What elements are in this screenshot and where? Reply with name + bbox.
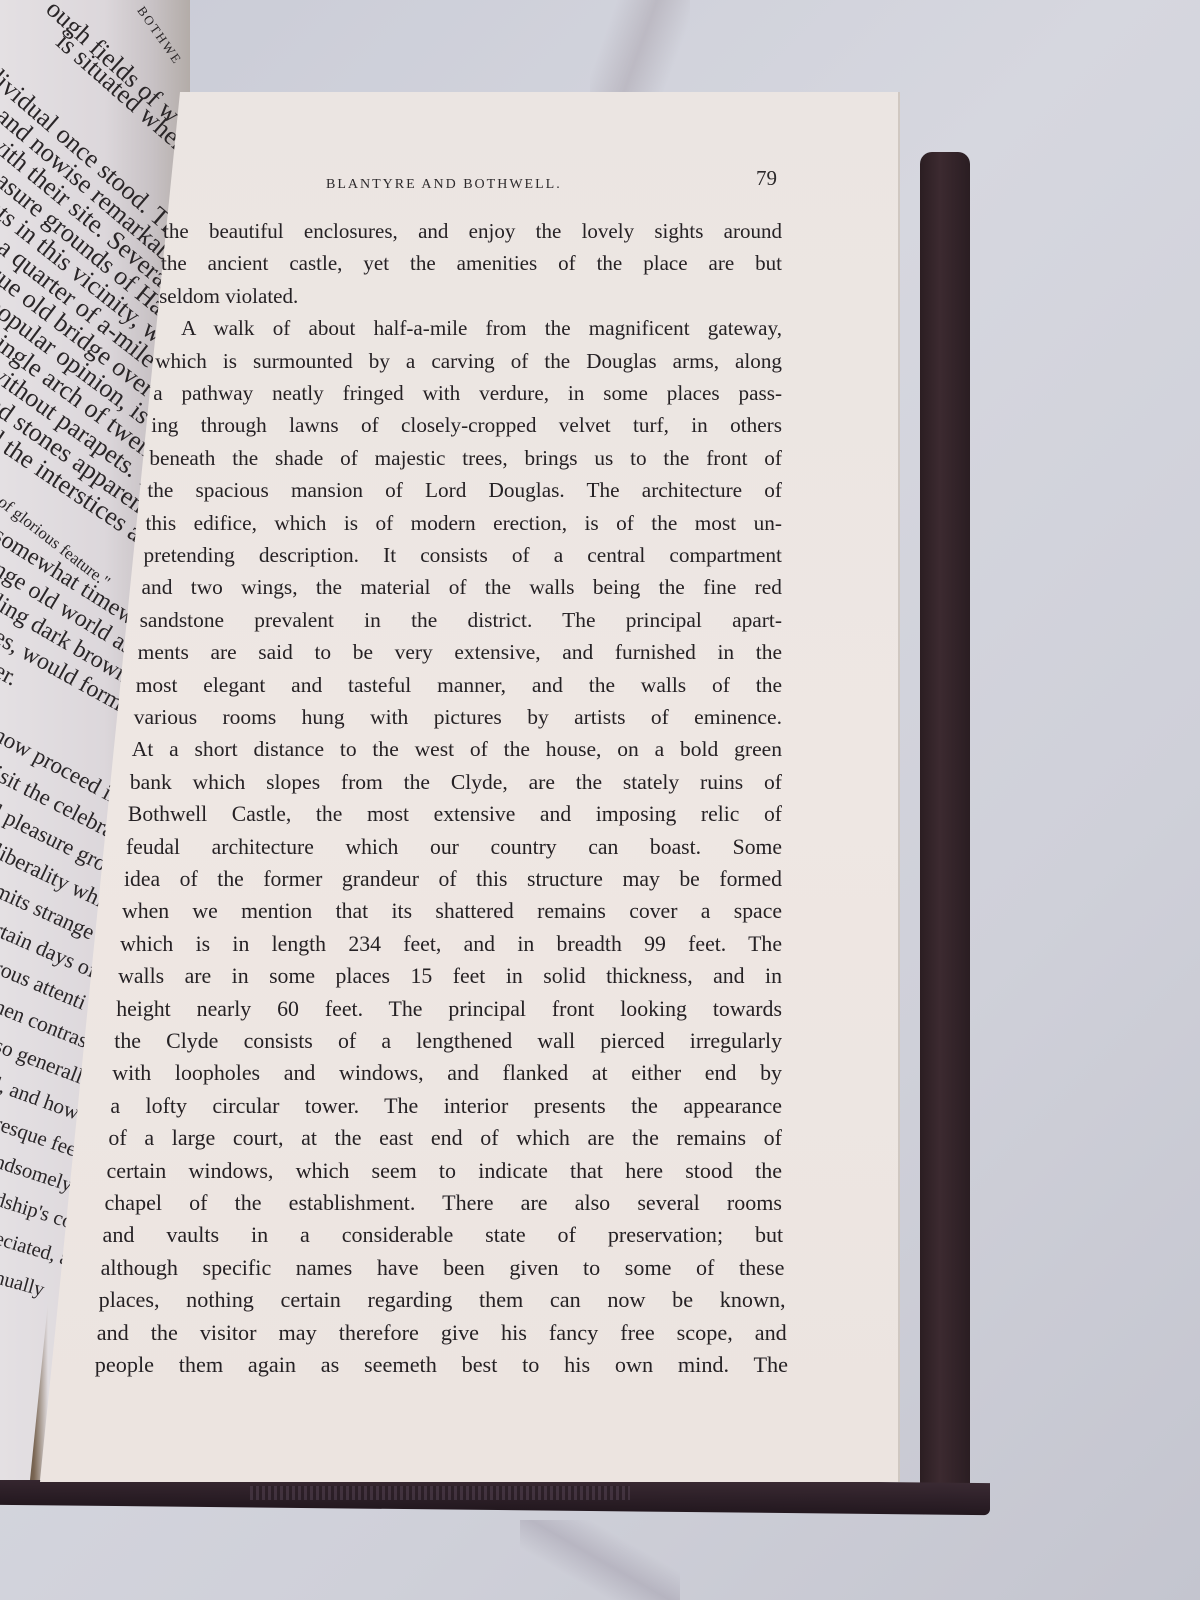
text-line: the beautiful enclosures, and enjoy the …: [163, 217, 782, 245]
text-line: the ancient castle, yet the amenities of…: [161, 249, 782, 277]
text-line: of a large court, at the east end of whi…: [108, 1124, 782, 1152]
text-line: and vaults in a considerable state of pr…: [103, 1221, 784, 1249]
text-line: places, nothing certain regarding them c…: [99, 1286, 786, 1314]
text-line: a lofty circular tower. The interior pre…: [110, 1092, 782, 1120]
text-line: feudal architecture which our country ca…: [126, 833, 782, 861]
text-line: At a short distance to the west of the h…: [132, 735, 782, 763]
page-number: 79: [756, 166, 777, 191]
text-line: although specific names have been given …: [101, 1254, 785, 1282]
text-line: Bothwell Castle, the most extensive and …: [128, 800, 782, 828]
text-line: and the visitor may therefore give his f…: [97, 1319, 787, 1347]
text-line: and two wings, the material of the walls…: [142, 573, 782, 601]
text-line: a pathway neatly fringed with verdure, i…: [153, 379, 782, 407]
text-line: with loopholes and windows, and flanked …: [112, 1059, 782, 1087]
table-surface-streak: [520, 1520, 680, 1600]
text-line: walls are in some places 15 feet in soli…: [118, 962, 782, 990]
text-line: A walk of about half-a-mile from the mag…: [157, 314, 782, 342]
text-line: this edifice, which is of modern erectio…: [145, 509, 782, 537]
text-line: the Clyde consists of a lengthened wall …: [114, 1027, 782, 1055]
text-line: beneath the shade of majestic trees, bri…: [149, 444, 782, 472]
left-page-text-fragment: nually: [0, 1266, 47, 1302]
book-spine-texture: [250, 1486, 630, 1500]
text-line: people them again as seemeth best to his…: [95, 1351, 788, 1379]
text-line: seldom violated.: [159, 282, 782, 310]
text-line: pretending description. It consists of a…: [144, 541, 783, 569]
text-line: certain windows, which seem to indicate …: [106, 1157, 782, 1185]
text-line: bank which slopes from the Clyde, are th…: [130, 768, 782, 796]
text-line: when we mention that its shattered remai…: [122, 897, 782, 925]
running-head: BLANTYRE AND BOTHWELL.: [326, 177, 562, 193]
text-line: most elegant and tasteful manner, and th…: [136, 671, 782, 699]
table-surface-streak: [590, 0, 690, 95]
text-line: the spacious mansion of Lord Douglas. Th…: [147, 476, 782, 504]
text-line: which is surmounted by a carving of the …: [155, 347, 782, 375]
text-line: idea of the former grandeur of this stru…: [124, 865, 782, 893]
text-line: various rooms hung with pictures by arti…: [134, 703, 782, 731]
text-line: which is in length 234 feet, and in brea…: [120, 930, 782, 958]
text-line: ments are said to be very extensive, and…: [138, 638, 782, 666]
text-line: height nearly 60 feet. The principal fro…: [116, 995, 782, 1023]
book-cover-edge: [920, 152, 970, 1512]
text-line: ing through lawns of closely-cropped vel…: [151, 411, 782, 439]
text-line: sandstone prevalent in the district. The…: [140, 606, 782, 634]
text-line: chapel of the establishment. There are a…: [105, 1189, 783, 1217]
left-running-head: BOTHWE: [133, 3, 185, 68]
